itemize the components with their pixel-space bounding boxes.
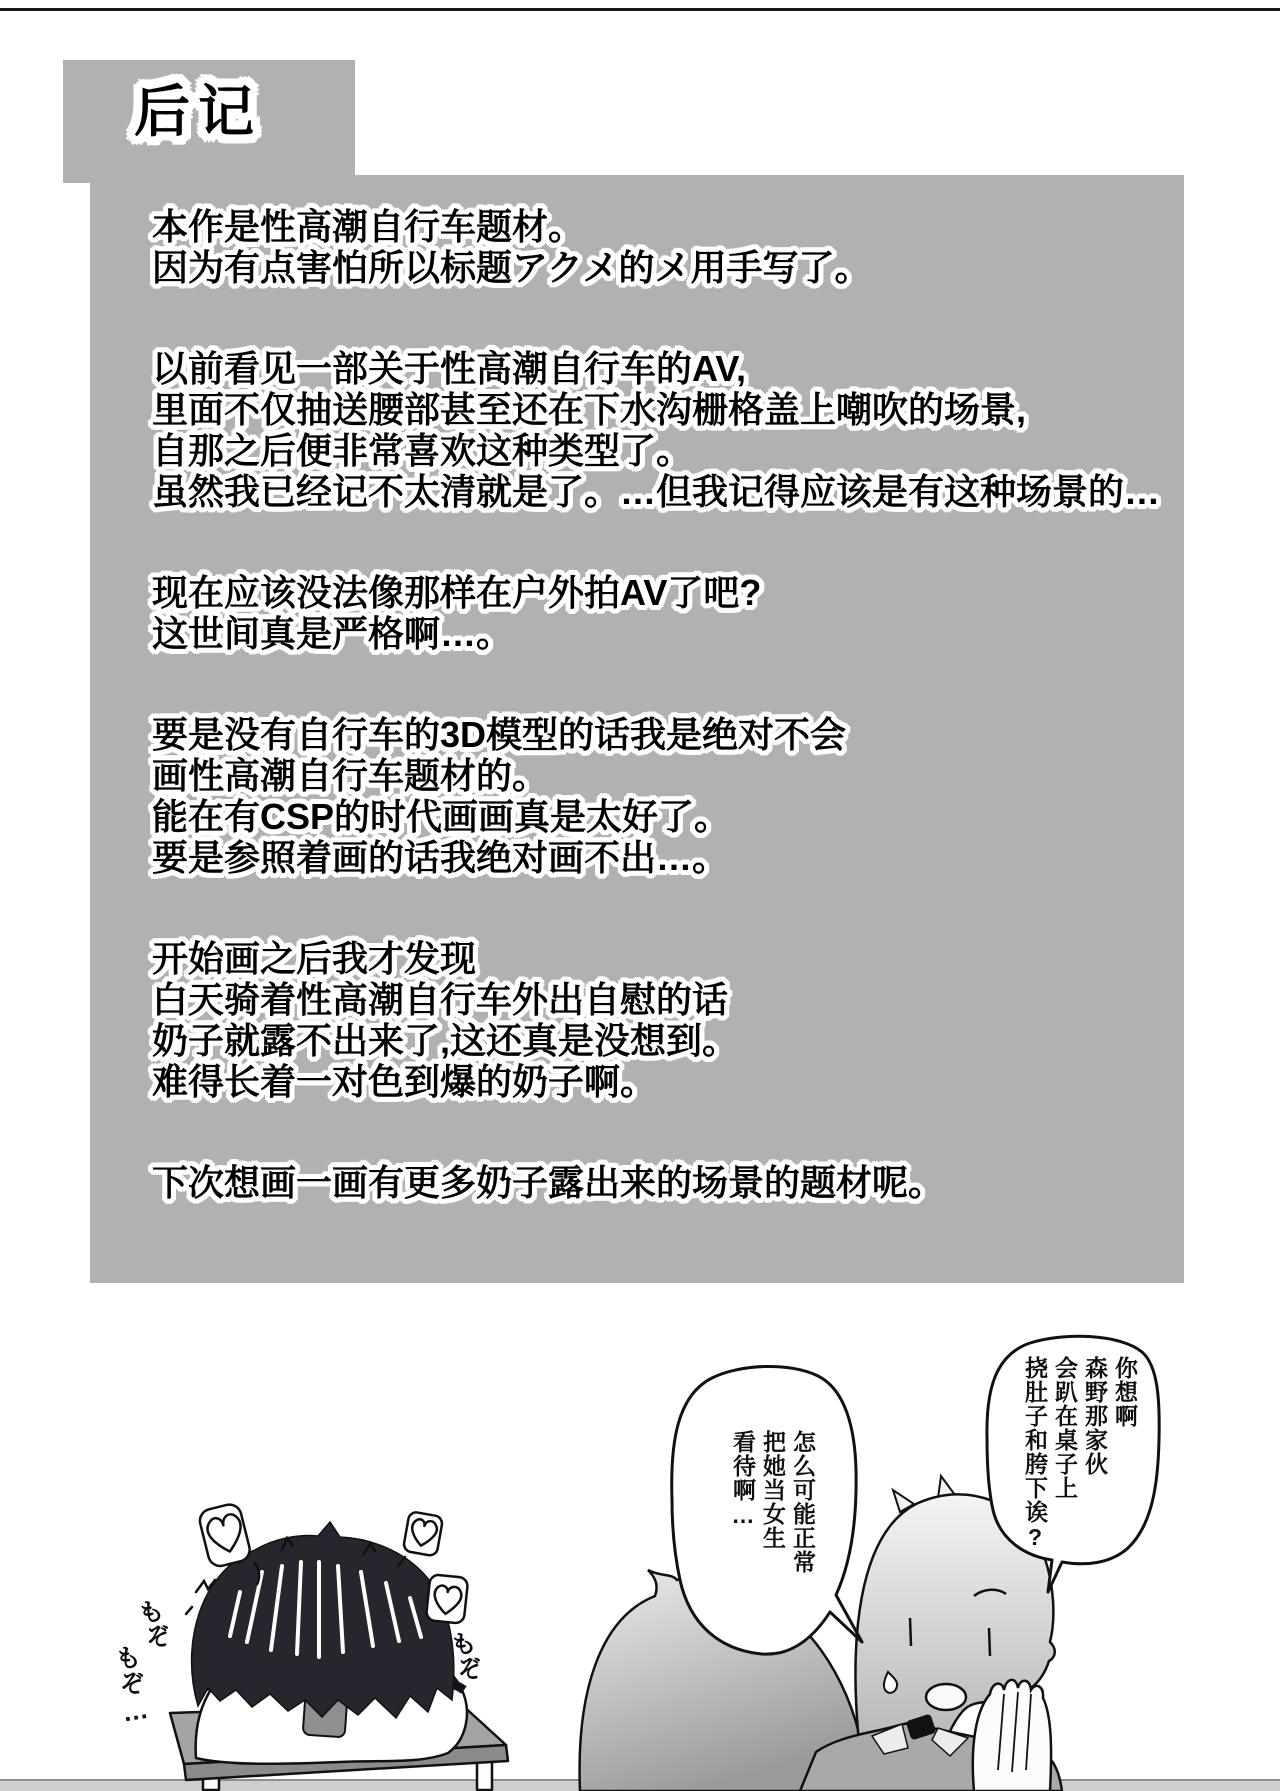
- heart-doodle-icon: [426, 1574, 469, 1624]
- afterword-paragraph: 开始画之后我才发现 白天骑着性高潮自行车外出自慰的话 奶子就露不出来了,这还真是…: [152, 938, 1172, 1102]
- afterword-paragraph: 本作是性高潮自行车题材。 因为有点害怕所以标题アクメ的メ用手写了。: [152, 206, 1172, 288]
- afterword-paragraph: 要是没有自行车的3D模型的话我是绝对不会 画性高潮自行车题材的。 能在有CSP的…: [152, 714, 1172, 878]
- speech-bubble-left-text: 怎么可能正常 把她当女生 看待啊…: [722, 1430, 818, 1620]
- afterword-paragraph: 以前看见一部关于性高潮自行车的AV, 里面不仅抽送腰部甚至还在下水沟栅格盖上嘲吹…: [152, 348, 1172, 512]
- heart-doodle-icon: [403, 1511, 443, 1556]
- page-title: 后记: [134, 84, 262, 140]
- afterword-paragraph: 现在应该没法像那样在户外拍AV了吧? 这世间真是严格啊…。: [152, 572, 1172, 654]
- afterword-paragraph: 下次想画一画有更多奶子露出来的场景的题材呢。: [152, 1162, 1172, 1203]
- open-mouth: [926, 1684, 966, 1710]
- speech-bubble-right-text: 你想啊 森野那家伙 会趴在桌子上 挠肚子和胯下诶?: [1014, 1356, 1140, 1571]
- afterword-text: 本作是性高潮自行车题材。 因为有点害怕所以标题アクメ的メ用手写了。 以前看见一部…: [152, 206, 1172, 1263]
- page-top-border: [0, 8, 1280, 11]
- afterword-page: 后记 本作是性高潮自行车题材。 因为有点害怕所以标题アクメ的メ用手写了。 以前看…: [0, 0, 1280, 1791]
